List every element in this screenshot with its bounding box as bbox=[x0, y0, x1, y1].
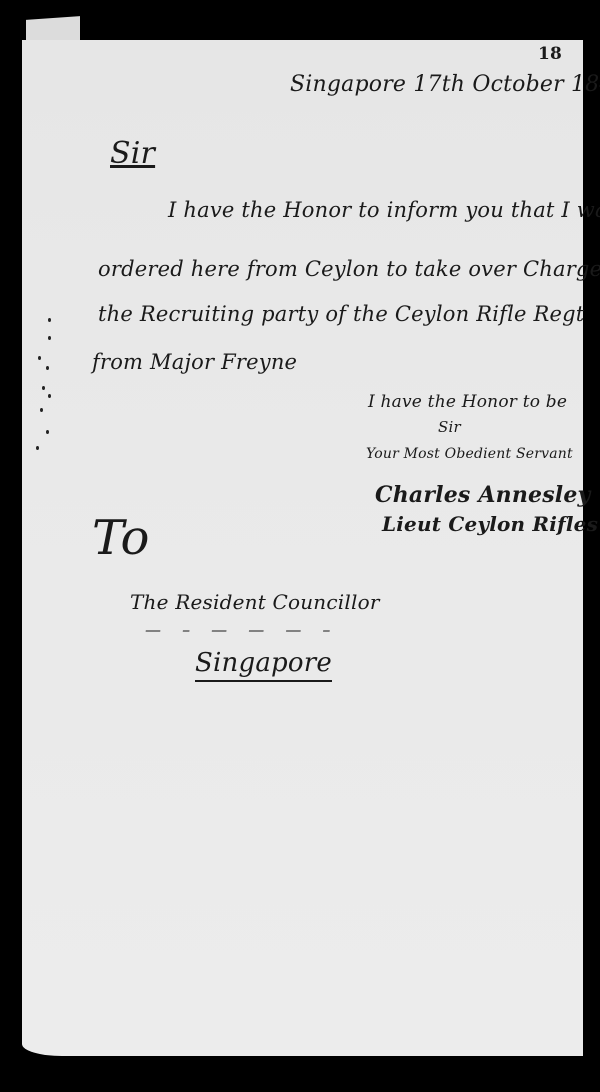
body-line-1: I have the Honor to inform you that I wa… bbox=[168, 198, 600, 222]
addressee-city: Singapore bbox=[195, 648, 332, 682]
salutation: Sir bbox=[110, 136, 155, 171]
addressee-dashes: — – — — — – bbox=[145, 620, 338, 639]
signature-name: Charles Annesley bbox=[375, 482, 591, 508]
closing-line-1: I have the Honor to be bbox=[368, 392, 567, 412]
dateline: Singapore 17th October 1848 bbox=[290, 72, 600, 97]
closing-line-3: Your Most Obedient Servant bbox=[366, 446, 573, 462]
body-line-4: from Major Freyne bbox=[92, 350, 297, 374]
margin-marks bbox=[22, 312, 58, 452]
folio-number: 18 bbox=[538, 44, 562, 64]
salutation-text: Sir bbox=[110, 136, 155, 171]
addressee-prefix: To bbox=[92, 510, 150, 566]
signature-title: Lieut Ceylon Rifles bbox=[382, 512, 598, 536]
closing-line-2: Sir bbox=[438, 418, 461, 436]
addressee-line-2: Singapore bbox=[195, 648, 332, 678]
addressee-line-1: The Resident Councillor bbox=[130, 590, 380, 614]
body-line-2: ordered here from Ceylon to take over Ch… bbox=[98, 257, 600, 281]
body-line-3: the Recruiting party of the Ceylon Rifle… bbox=[98, 302, 584, 326]
